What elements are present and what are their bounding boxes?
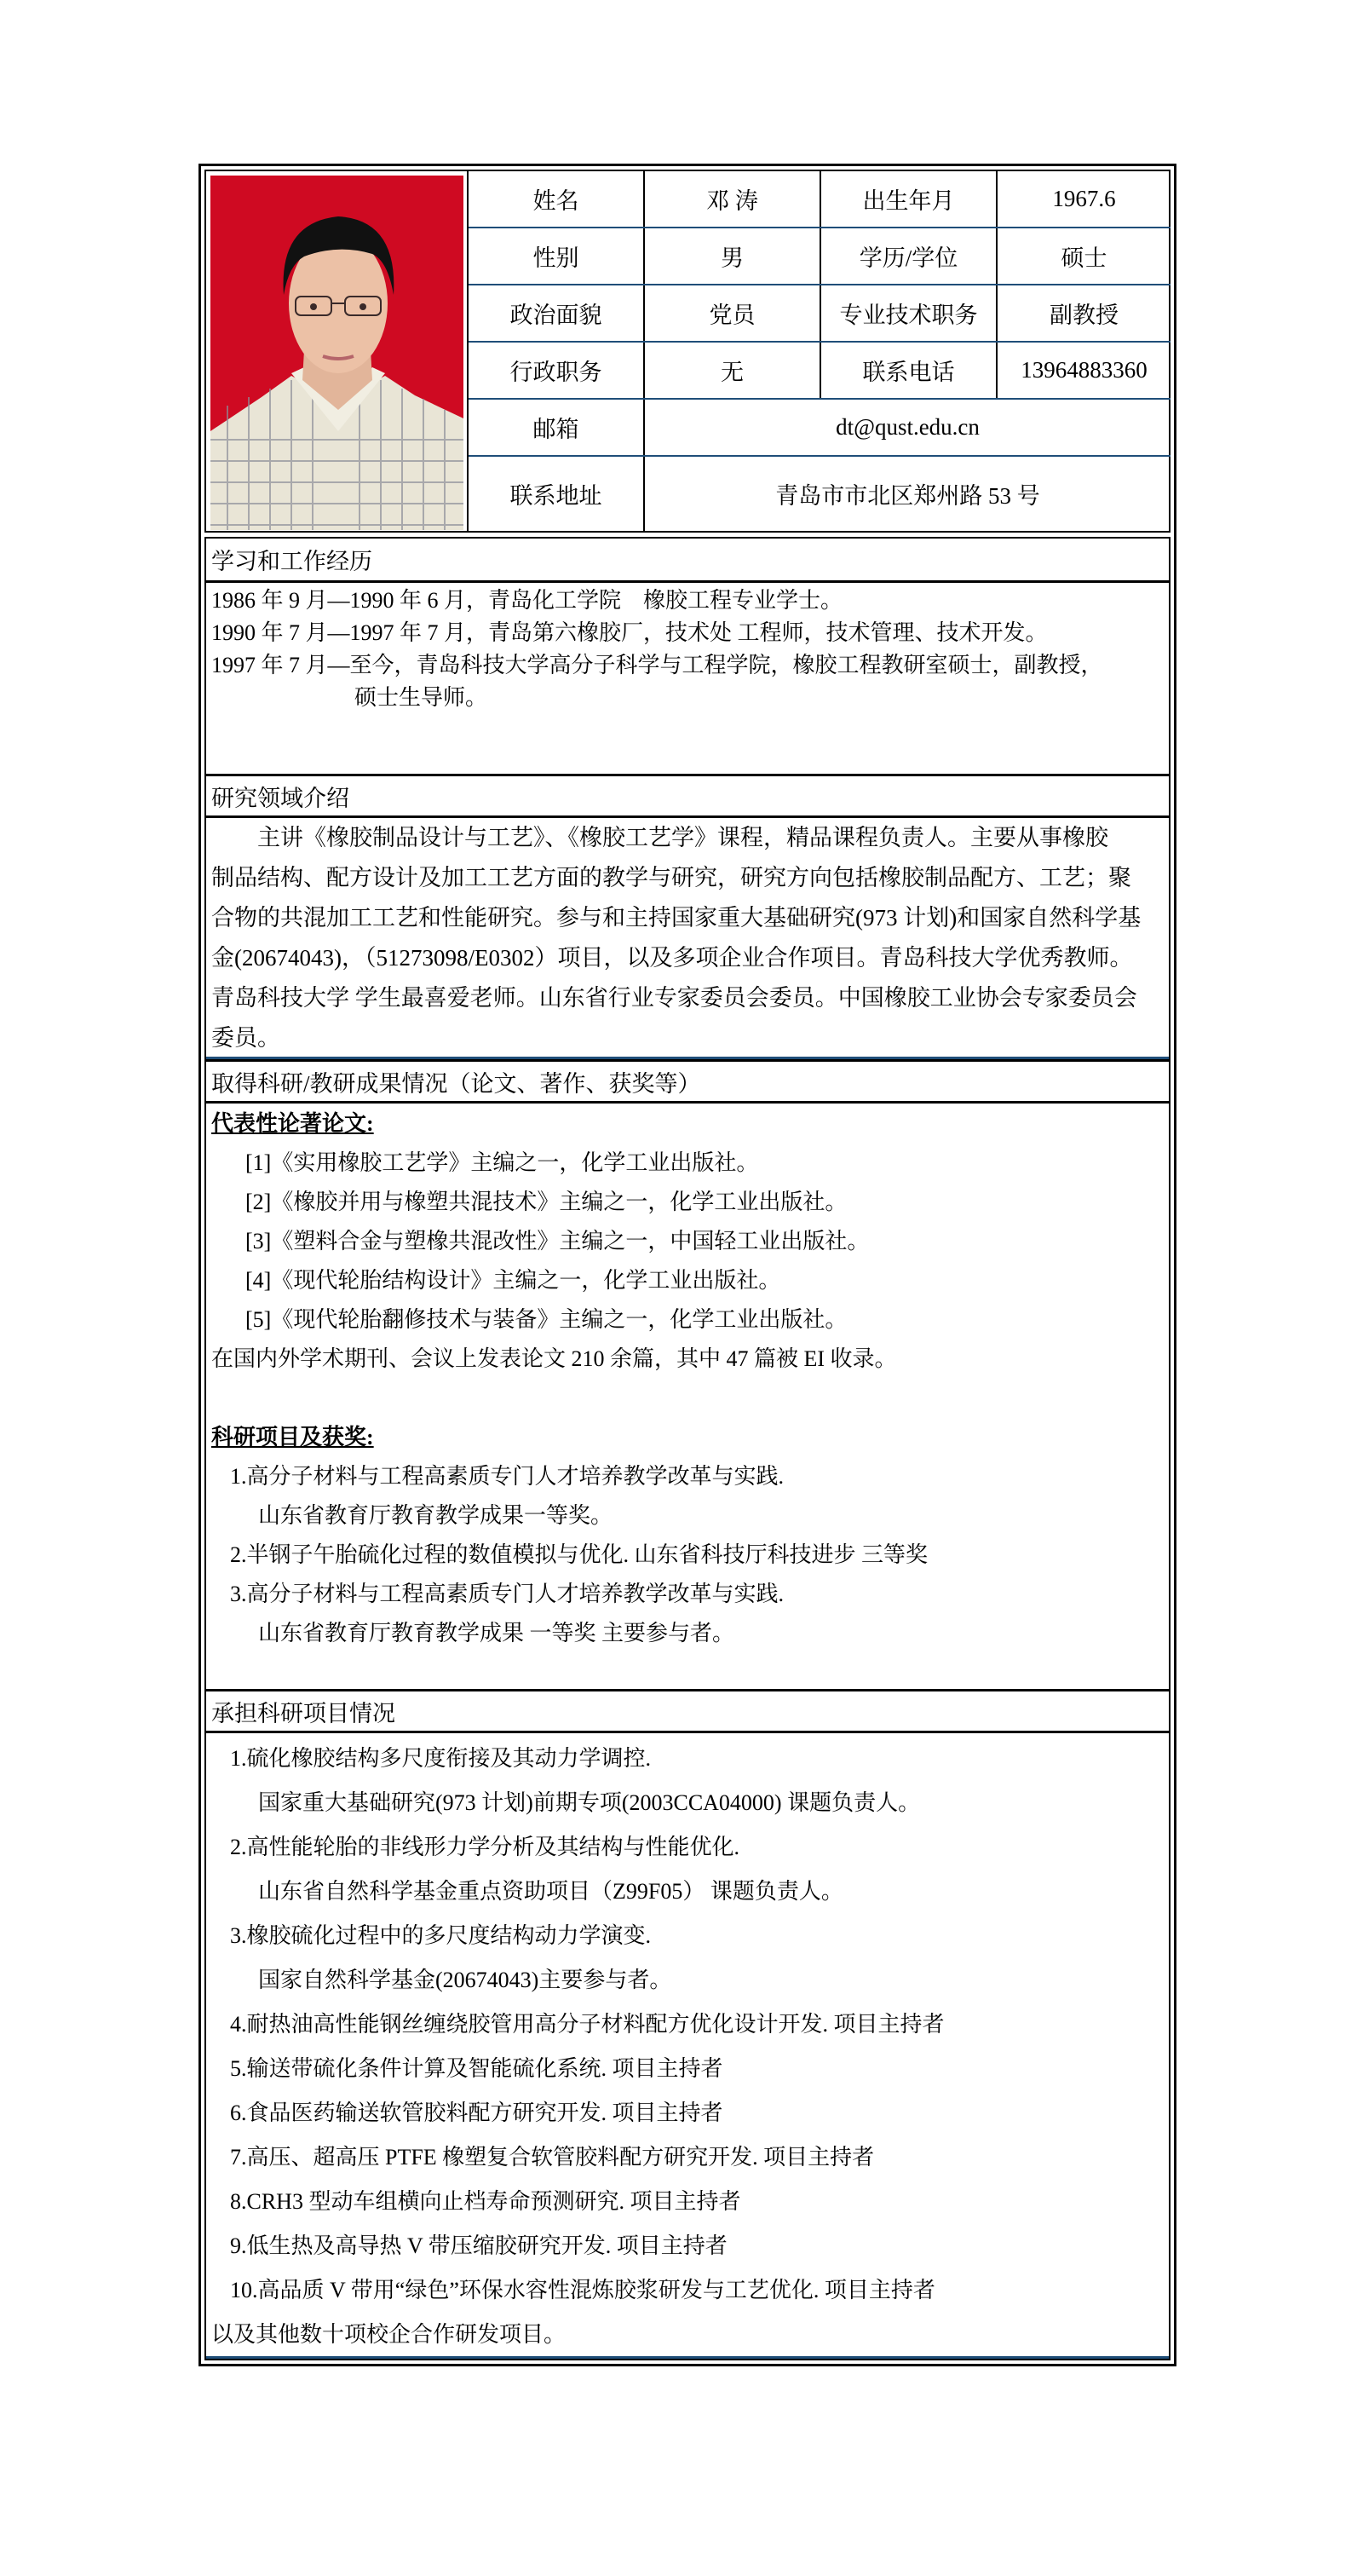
value-name: 邓 涛: [645, 171, 821, 227]
project-title: 3.橡胶硫化过程中的多尺度结构动力学演变.: [211, 1914, 1165, 1958]
label-email: 邮箱: [469, 400, 645, 455]
experience-body: 1986 年 9 月—1990 年 6 月，青岛化工学院 橡胶工程专业学士。 1…: [211, 585, 1165, 714]
spacer: [211, 1379, 1165, 1418]
experience-line: 1997 年 7 月—至今，青岛科技大学高分子科学与工程学院，橡胶工程教研室硕士…: [211, 649, 1165, 682]
project-detail: 国家自然科学基金(20674043)主要参与者。: [211, 1958, 1165, 2003]
value-email[interactable]: dt@qust.edu.cn: [645, 400, 1171, 455]
award-title: 2.半钢子午胎硫化过程的数值模拟与优化. 山东省科技厅科技进步 三等奖: [211, 1536, 1165, 1575]
papers-summary: 在国内外学术期刊、会议上发表论文 210 余篇，其中 47 篇被 EI 收录。: [211, 1340, 1165, 1379]
value-political: 党员: [645, 285, 821, 341]
project-title: 6.食品医药输送软管胶料配方研究开发. 项目主持者: [211, 2091, 1165, 2135]
research-title: 研究领域介绍: [211, 780, 349, 813]
profile-row-email: 邮箱 dt@qust.edu.cn: [469, 400, 1171, 457]
value-birth: 1967.6: [998, 171, 1171, 227]
experience-line: 硕士生导师。: [211, 682, 1165, 714]
projects-title: 承担科研项目情况: [211, 1695, 395, 1728]
achievements-body: 代表性论著论文: [1]《实用橡胶工艺学》主编之一，化学工业出版社。 [2]《橡…: [211, 1104, 1165, 1653]
project-title: 8.CRH3 型动车组横向止档寿命预测研究. 项目主持者: [211, 2180, 1165, 2224]
portrait-photo: [210, 176, 463, 530]
research-body: 主讲《橡胶制品设计与工艺》、《橡胶工艺学》课程，精品课程负责人。主要从事橡胶 制…: [211, 818, 1162, 1058]
research-line: 委员。: [211, 1018, 1162, 1058]
award-title: 1.高分子材料与工程高素质专门人才培养教学改革与实践.: [211, 1457, 1165, 1496]
label-political: 政治面貌: [469, 285, 645, 341]
profile-table: 姓名 邓 涛 出生年月 1967.6 性别 男 学历/学位 硕士 政治面貌 党员…: [204, 170, 1171, 533]
award-detail: 山东省教育厅教育教学成果一等奖。: [211, 1496, 1165, 1536]
label-address: 联系地址: [469, 457, 645, 531]
project-title: 2.高性能轮胎的非线形力学分析及其结构与性能优化.: [211, 1825, 1165, 1870]
project-title: 5.输送带硫化条件计算及智能硫化系统. 项目主持者: [211, 2047, 1165, 2091]
value-admin-post: 无: [645, 343, 821, 398]
value-phone[interactable]: 13964883360: [998, 343, 1171, 398]
section-header-projects: 承担科研项目情况: [206, 1689, 1169, 1733]
label-degree: 学历/学位: [821, 228, 998, 284]
award-detail: 山东省教育厅教育教学成果 一等奖 主要参与者。: [211, 1614, 1165, 1653]
books-heading: 代表性论著论文:: [211, 1104, 1165, 1144]
research-line: 青岛科技大学 学生最喜爱老师。山东省行业专家委员会委员。中国橡胶工业协会专家委员…: [211, 978, 1162, 1018]
label-name: 姓名: [469, 171, 645, 227]
label-birth: 出生年月: [821, 171, 998, 227]
profile-row-admin: 行政职务 无 联系电话 13964883360: [469, 343, 1171, 400]
experience-line: 1986 年 9 月—1990 年 6 月，青岛化工学院 橡胶工程专业学士。: [211, 585, 1165, 617]
value-title: 副教授: [998, 285, 1171, 341]
experience-line: 1990 年 7 月—1997 年 7 月，青岛第六橡胶厂，技术处 工程师，技术…: [211, 617, 1165, 649]
project-detail: 国家重大基础研究(973 计划)前期专项(2003CCA04000) 课题负责人…: [211, 1781, 1165, 1825]
research-line: 合物的共混加工工艺和性能研究。参与和主持国家重大基础研究(973 计划)和国家自…: [211, 898, 1162, 938]
profile-info-grid: 姓名 邓 涛 出生年月 1967.6 性别 男 学历/学位 硕士 政治面貌 党员…: [467, 171, 1171, 531]
projects-footer: 以及其他数十项校企合作研发项目。: [211, 2313, 1165, 2357]
resume-sections: 学习和工作经历 1986 年 9 月—1990 年 6 月，青岛化工学院 橡胶工…: [204, 537, 1171, 2360]
value-degree: 硕士: [998, 228, 1171, 284]
label-title: 专业技术职务: [821, 285, 998, 341]
projects-body: 1.硫化橡胶结构多尺度衔接及其动力学调控. 国家重大基础研究(973 计划)前期…: [211, 1737, 1165, 2357]
book-item: [3]《塑料合金与塑橡共混改性》主编之一，中国轻工业出版社。: [211, 1222, 1165, 1261]
award-title: 3.高分子材料与工程高素质专门人才培养教学改革与实践.: [211, 1575, 1165, 1614]
book-item: [2]《橡胶并用与橡塑共混技术》主编之一，化学工业出版社。: [211, 1183, 1165, 1222]
profile-row-name: 姓名 邓 涛 出生年月 1967.6: [469, 171, 1171, 228]
section-header-experience: 学习和工作经历: [206, 539, 1169, 583]
project-title: 1.硫化橡胶结构多尺度衔接及其动力学调控.: [211, 1737, 1165, 1781]
book-item: [5]《现代轮胎翻修技术与装备》主编之一，化学工业出版社。: [211, 1300, 1165, 1340]
profile-row-political: 政治面貌 党员 专业技术职务 副教授: [469, 285, 1171, 343]
book-item: [4]《现代轮胎结构设计》主编之一，化学工业出版社。: [211, 1261, 1165, 1300]
experience-title: 学习和工作经历: [211, 543, 372, 576]
book-item: [1]《实用橡胶工艺学》主编之一，化学工业出版社。: [211, 1144, 1165, 1183]
project-title: 9.低生热及高导热 V 带压缩胶研究开发. 项目主持者: [211, 2224, 1165, 2268]
research-line: 制品结构、配方设计及加工工艺方面的教学与研究，研究方向包括橡胶制品配方、工艺；聚: [211, 858, 1162, 898]
achievements-title: 取得科研/教研成果情况（论文、著作、获奖等）: [211, 1065, 701, 1098]
project-title: 4.耐热油高性能钢丝缠绕胶管用高分子材料配方优化设计开发. 项目主持者: [211, 2003, 1165, 2047]
research-line: 主讲《橡胶制品设计与工艺》、《橡胶工艺学》课程，精品课程负责人。主要从事橡胶: [211, 818, 1162, 858]
section-header-research: 研究领域介绍: [206, 774, 1169, 818]
section-header-achievements: 取得科研/教研成果情况（论文、著作、获奖等）: [206, 1059, 1169, 1104]
project-title: 10.高品质 V 带用“绿色”环保水容性混炼胶浆研发与工艺优化. 项目主持者: [211, 2268, 1165, 2313]
project-title: 7.高压、超高压 PTFE 橡塑复合软管胶料配方研究开发. 项目主持者: [211, 2135, 1165, 2180]
project-detail: 山东省自然科学基金重点资助项目（Z99F05） 课题负责人。: [211, 1870, 1165, 1914]
divider: [206, 2356, 1169, 2359]
research-line: 金(20674043)，（51273098/E0302）项目，以及多项企业合作项…: [211, 938, 1162, 978]
profile-row-gender: 性别 男 学历/学位 硕士: [469, 228, 1171, 285]
label-phone: 联系电话: [821, 343, 998, 398]
value-gender: 男: [645, 228, 821, 284]
value-address: 青岛市市北区郑州路 53 号: [645, 457, 1171, 531]
profile-row-address: 联系地址 青岛市市北区郑州路 53 号: [469, 457, 1171, 531]
awards-heading: 科研项目及获奖:: [211, 1418, 1165, 1457]
label-admin-post: 行政职务: [469, 343, 645, 398]
label-gender: 性别: [469, 228, 645, 284]
